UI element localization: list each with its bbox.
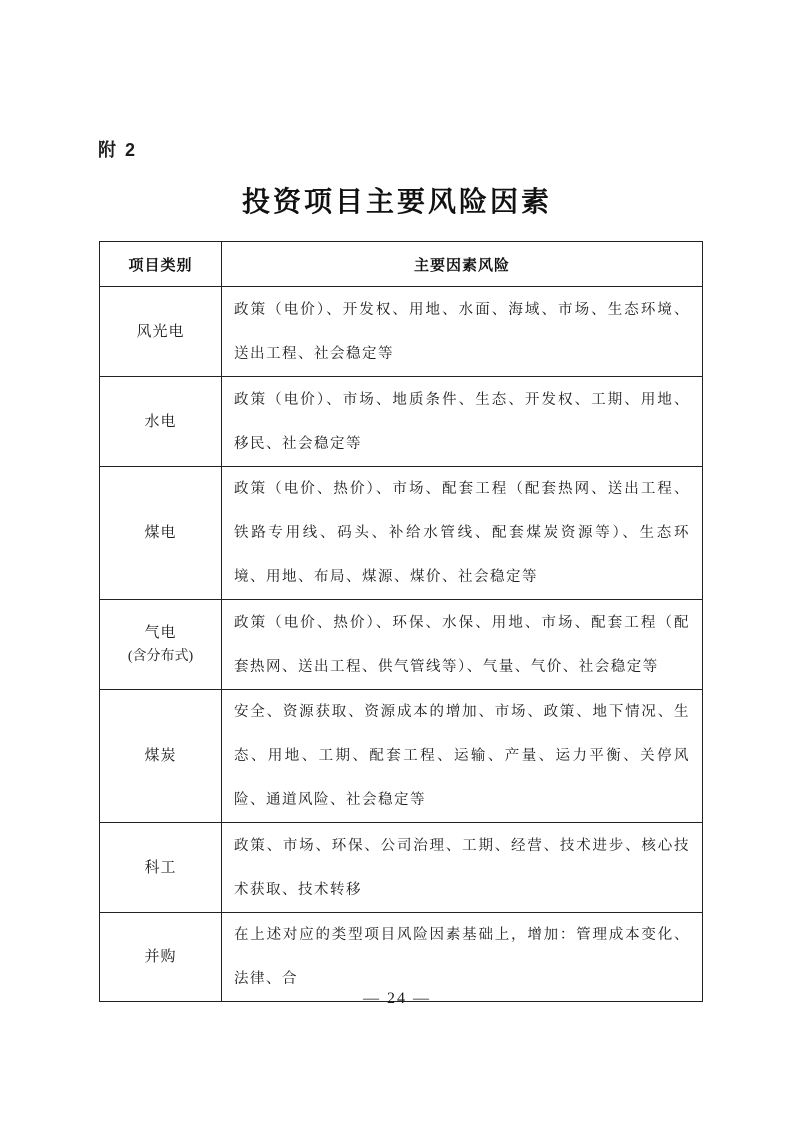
table-row-gas-power: 气电 (含分布式) 政策（电价、热价）、环保、水保、用地、市场、配套工程（配套热… bbox=[100, 600, 703, 690]
document-page: 附 2 投资项目主要风险因素 项目类别 主要因素风险 风光电 政策（电价）、开发… bbox=[0, 0, 794, 1123]
category-sub-label: (含分布式) bbox=[100, 645, 221, 669]
table-row-coal: 煤炭 安全、资源获取、资源成本的增加、市场、政策、地下情况、生态、用地、工期、配… bbox=[100, 690, 703, 823]
project-category-cell: 并购 bbox=[100, 913, 222, 1002]
page-title: 投资项目主要风险因素 bbox=[0, 180, 794, 220]
table-row-hydro: 水电 政策（电价）、市场、地质条件、生态、开发权、工期、用地、移民、社会稳定等 bbox=[100, 377, 703, 467]
project-category-cell: 煤炭 bbox=[100, 690, 222, 823]
project-category-cell: 气电 (含分布式) bbox=[100, 600, 222, 690]
column-header-project-category: 项目类别 bbox=[100, 242, 222, 287]
risk-factors-cell: 政策（电价、热价）、环保、水保、用地、市场、配套工程（配套热网、送出工程、供气管… bbox=[222, 600, 703, 690]
table-row-sci-tech: 科工 政策、市场、环保、公司治理、工期、经营、技术进步、核心技术获取、技术转移 bbox=[100, 823, 703, 913]
project-category-cell: 风光电 bbox=[100, 287, 222, 377]
risk-factors-cell: 政策（电价、热价）、市场、配套工程（配套热网、送出工程、铁路专用线、码头、补给水… bbox=[222, 467, 703, 600]
risk-factors-cell: 政策、市场、环保、公司治理、工期、经营、技术进步、核心技术获取、技术转移 bbox=[222, 823, 703, 913]
risk-factors-cell: 安全、资源获取、资源成本的增加、市场、政策、地下情况、生态、用地、工期、配套工程… bbox=[222, 690, 703, 823]
attachment-label: 附 2 bbox=[98, 136, 137, 162]
project-category-cell: 科工 bbox=[100, 823, 222, 913]
table-header-row: 项目类别 主要因素风险 bbox=[100, 242, 703, 287]
category-main-label: 气电 bbox=[100, 621, 221, 645]
risk-factors-cell: 在上述对应的类型项目风险因素基础上，增加：管理成本变化、法律、合 bbox=[222, 913, 703, 1002]
project-category-cell: 水电 bbox=[100, 377, 222, 467]
table-row-merger-acquisition: 并购 在上述对应的类型项目风险因素基础上，增加：管理成本变化、法律、合 bbox=[100, 913, 703, 1002]
project-category-cell: 煤电 bbox=[100, 467, 222, 600]
risk-factors-cell: 政策（电价）、市场、地质条件、生态、开发权、工期、用地、移民、社会稳定等 bbox=[222, 377, 703, 467]
column-header-main-risk-factors: 主要因素风险 bbox=[222, 242, 703, 287]
risk-factors-table: 项目类别 主要因素风险 风光电 政策（电价）、开发权、用地、水面、海域、市场、生… bbox=[99, 241, 703, 1002]
table-row-wind-solar: 风光电 政策（电价）、开发权、用地、水面、海域、市场、生态环境、送出工程、社会稳… bbox=[100, 287, 703, 377]
table-row-coal-power: 煤电 政策（电价、热价）、市场、配套工程（配套热网、送出工程、铁路专用线、码头、… bbox=[100, 467, 703, 600]
risk-factors-cell: 政策（电价）、开发权、用地、水面、海域、市场、生态环境、送出工程、社会稳定等 bbox=[222, 287, 703, 377]
page-number: — 24 — bbox=[0, 990, 794, 1008]
